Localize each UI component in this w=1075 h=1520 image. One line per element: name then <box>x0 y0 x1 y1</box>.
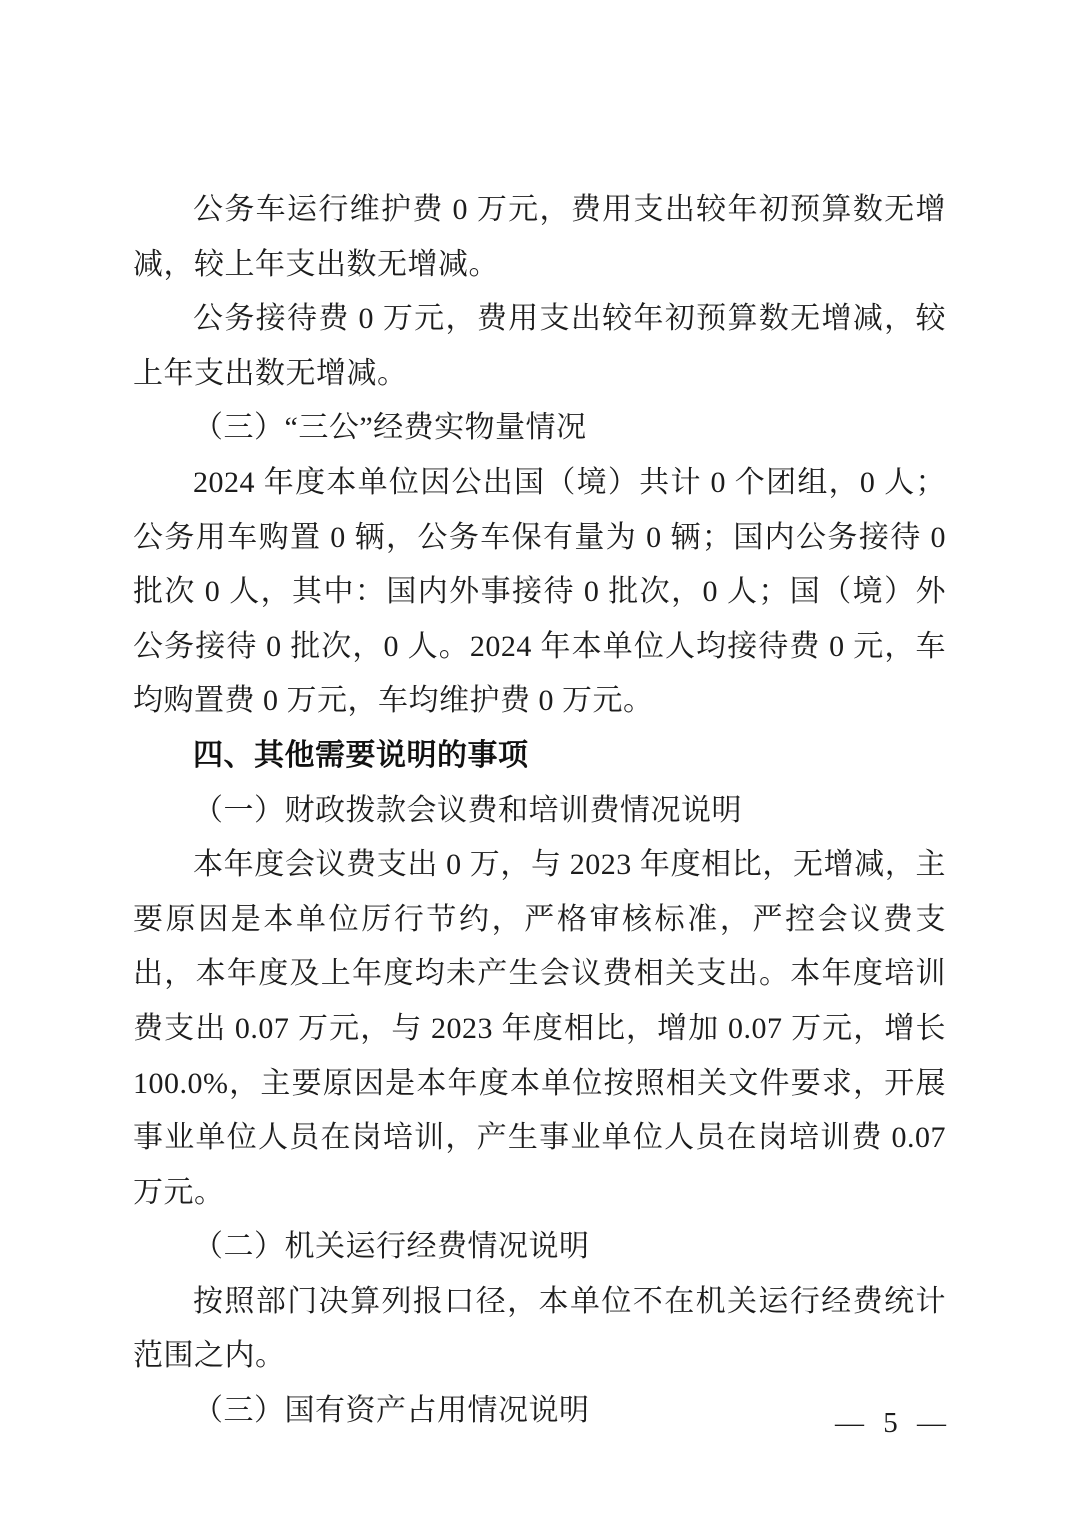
paragraph-vehicle-maintenance-fee: 公务车运行维护费 0 万元，费用支出较年初预算数无增减，较上年支出数无增减。 <box>133 183 946 292</box>
page-number: — 5 — <box>835 1406 947 1440</box>
paragraph-meeting-training-fee-details: 本年度会议费支出 0 万，与 2023 年度相比，无增减，主要原因是本单位厉行节… <box>133 838 946 1220</box>
document-page: 公务车运行维护费 0 万元，费用支出较年初预算数无增减，较上年支出数无增减。 公… <box>0 0 1075 1520</box>
paragraph-agency-operating-funds-details: 按照部门决算列报口径，本单位不在机关运行经费统计范围之内。 <box>133 1275 946 1384</box>
subheading-agency-operating-funds: （二）机关运行经费情况说明 <box>133 1220 946 1275</box>
paragraph-2024-physical-quantity-details: 2024 年度本单位因公出国（境）共计 0 个团组，0 人；公务用车购置 0 辆… <box>133 456 946 729</box>
document-body: 公务车运行维护费 0 万元，费用支出较年初预算数无增减，较上年支出数无增减。 公… <box>133 183 946 1439</box>
subheading-meeting-training-fee: （一）财政拨款会议费和培训费情况说明 <box>133 784 946 839</box>
paragraph-official-reception-fee: 公务接待费 0 万元，费用支出较年初预算数无增减，较上年支出数无增减。 <box>133 292 946 401</box>
subheading-three-public-expenses-physical-quantity: （三）“三公”经费实物量情况 <box>133 401 946 456</box>
heading-other-matters: 四、其他需要说明的事项 <box>133 729 946 784</box>
subheading-state-owned-assets-occupation: （三）国有资产占用情况说明 <box>133 1384 946 1439</box>
